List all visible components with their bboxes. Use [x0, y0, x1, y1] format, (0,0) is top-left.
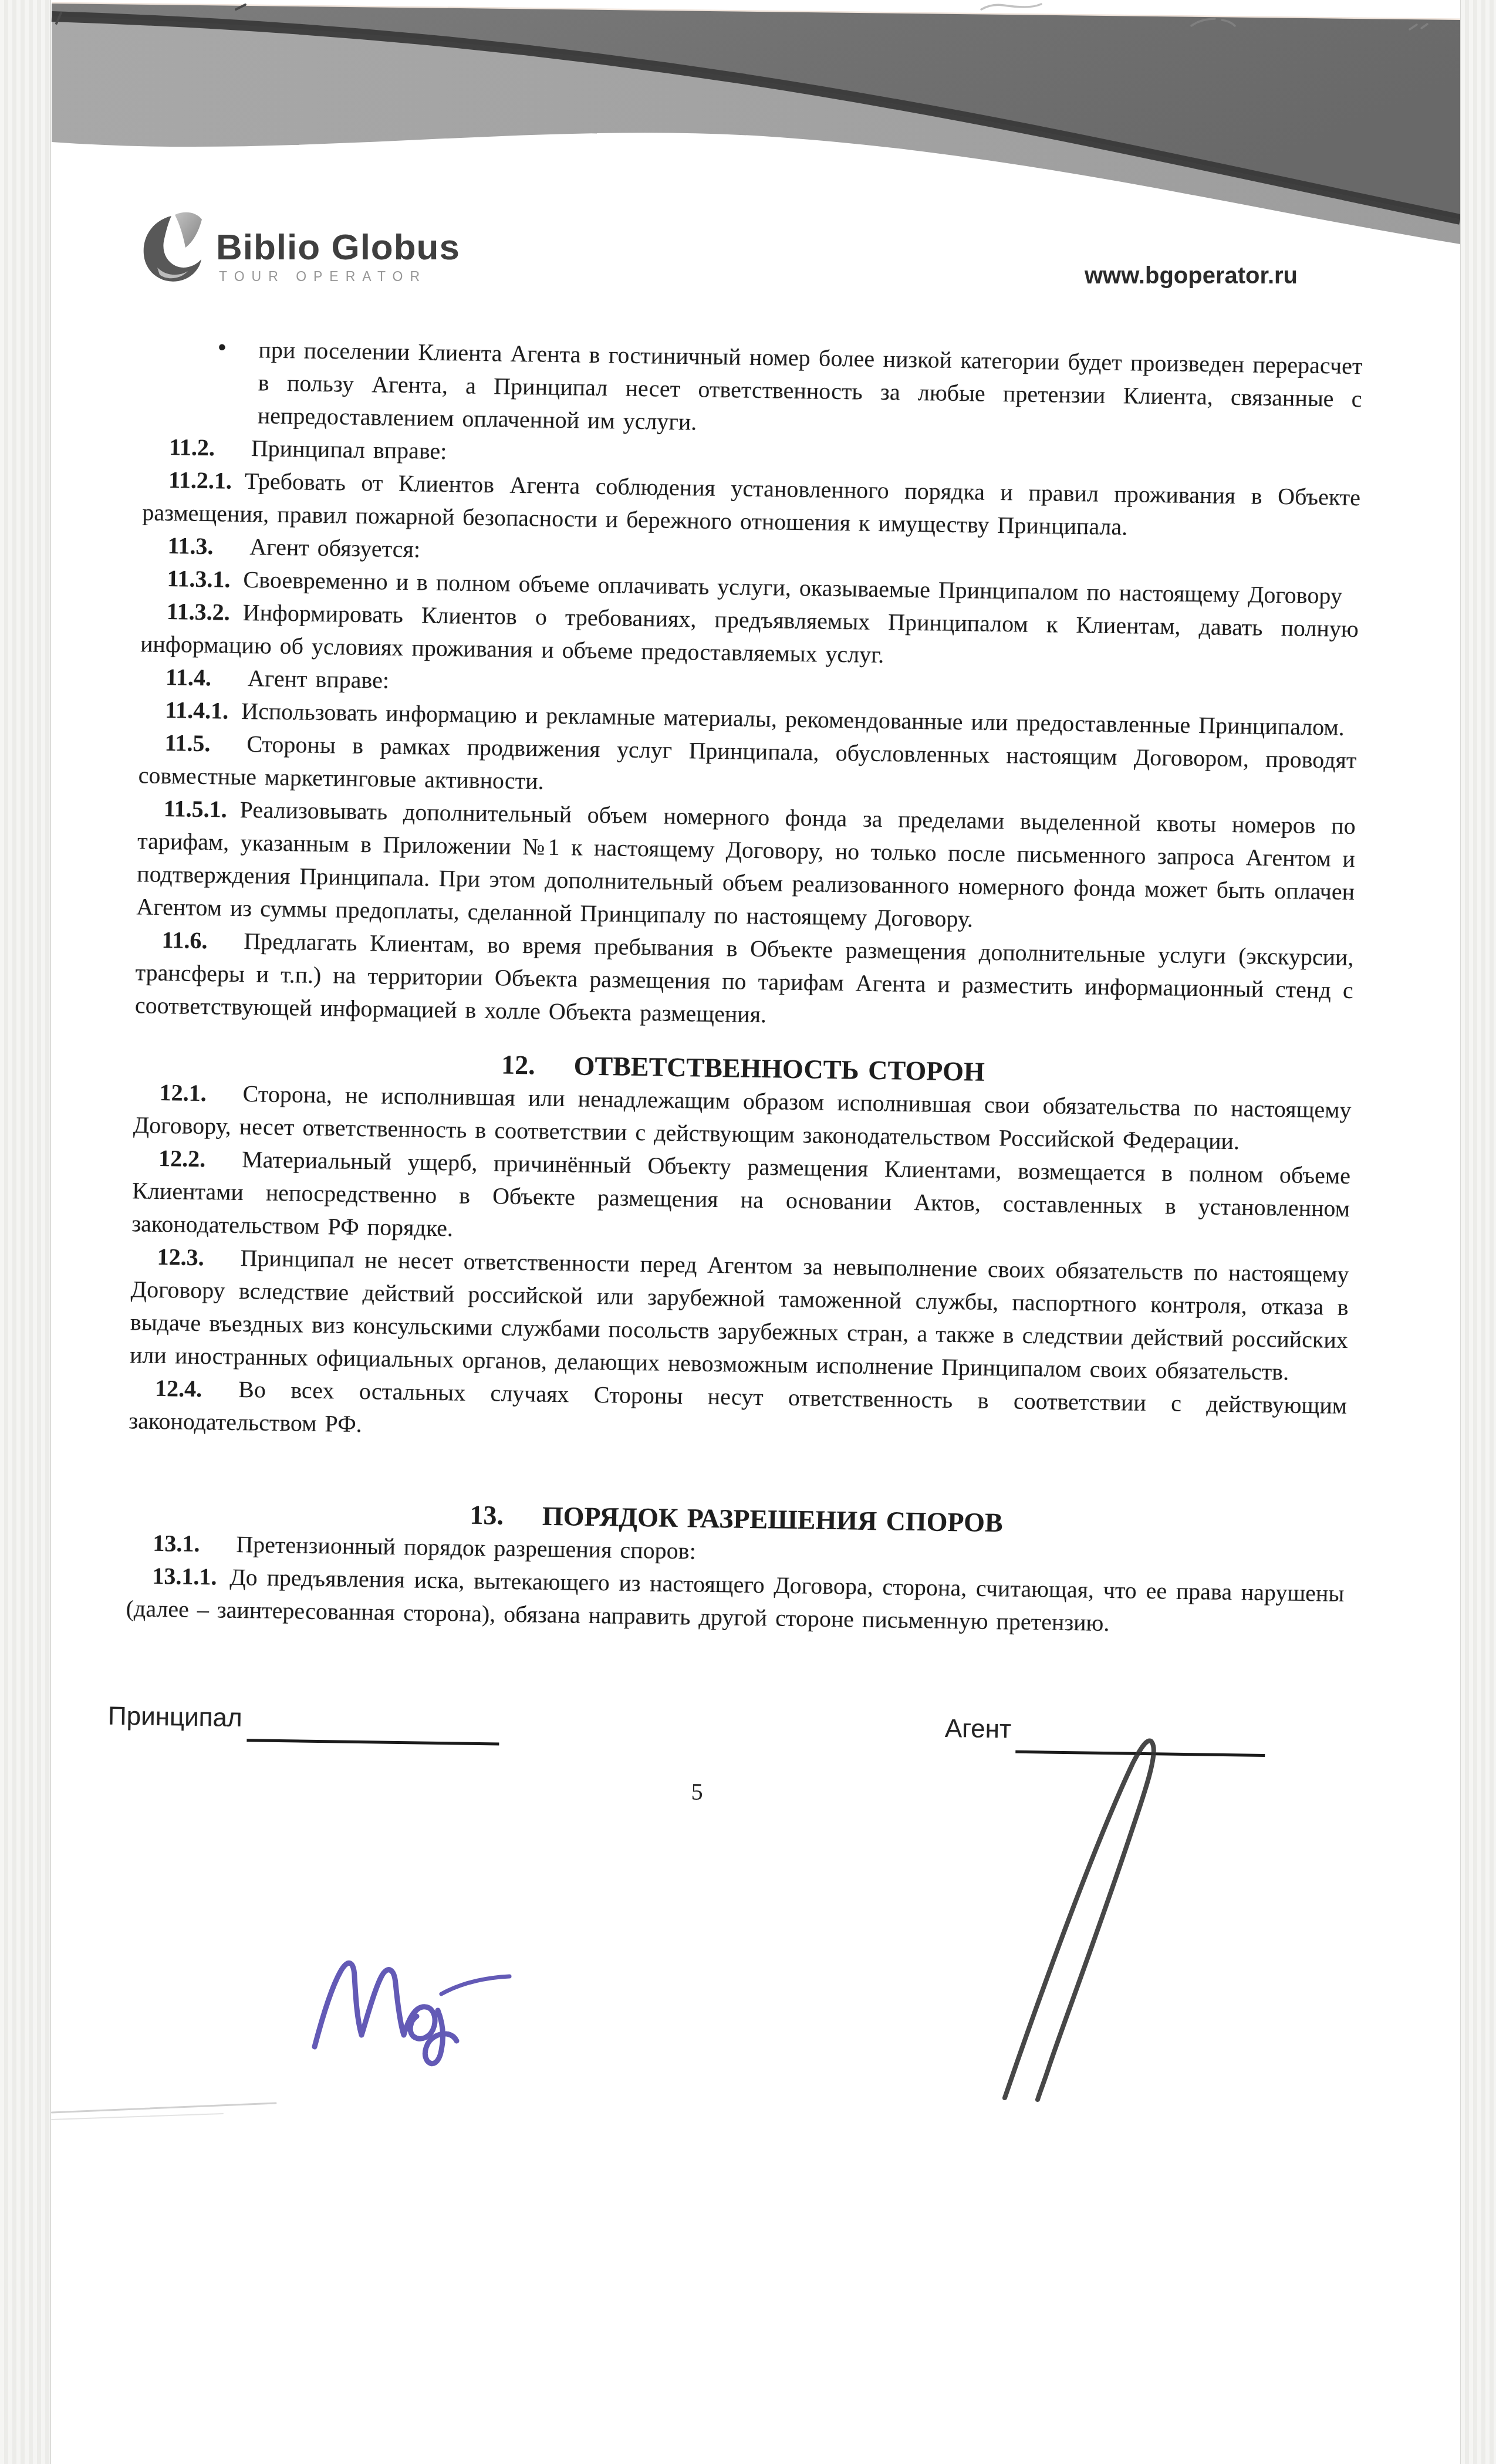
- agent-signature-area: Агент: [944, 1712, 1265, 1750]
- agent-signature-line: [1016, 1745, 1265, 1757]
- website-url: www.bgoperator.ru: [1085, 263, 1298, 289]
- principal-signature-line: [246, 1733, 499, 1745]
- contract-text-block: •при поселении Клиента Агента в гостинич…: [123, 332, 1363, 1818]
- bullet-marker-icon: •: [217, 331, 227, 364]
- scanner-edge-right: [1460, 0, 1496, 2464]
- clause-11-5-1: 11.5.1.Реализовывать дополнительный объе…: [136, 792, 1356, 941]
- clause-12-2: 12.2.Материальный ущерб, причинённый Объ…: [131, 1141, 1350, 1258]
- clause-11-6: 11.6.Предлагать Клиентам, во время пребы…: [135, 923, 1354, 1040]
- logo-brand-text: Biblio Globus: [216, 227, 460, 268]
- bullet-text: при поселении Клиента Агента в гостиничн…: [258, 336, 1363, 435]
- clause-12-3: 12.3.Принципал не несет ответственности …: [130, 1240, 1349, 1390]
- agent-label: Агент: [944, 1712, 1011, 1746]
- biblio-globus-logo-icon: [136, 211, 207, 283]
- principal-signature-area: Принципал: [108, 1700, 499, 1739]
- logo-tagline-text: TOUR OPERATOR: [219, 269, 427, 285]
- scanned-contract-page: Biblio Globus TOUR OPERATOR www.bgoperat…: [0, 0, 1496, 2464]
- signature-block: Принципал Агент: [107, 1700, 1342, 1765]
- principal-label: Принципал: [108, 1700, 243, 1735]
- biblio-globus-logo: Biblio Globus TOUR OPERATOR: [136, 210, 582, 292]
- scanner-edge-left: [0, 0, 51, 2464]
- bullet-item: •при поселении Клиента Агента в гостинич…: [257, 333, 1362, 448]
